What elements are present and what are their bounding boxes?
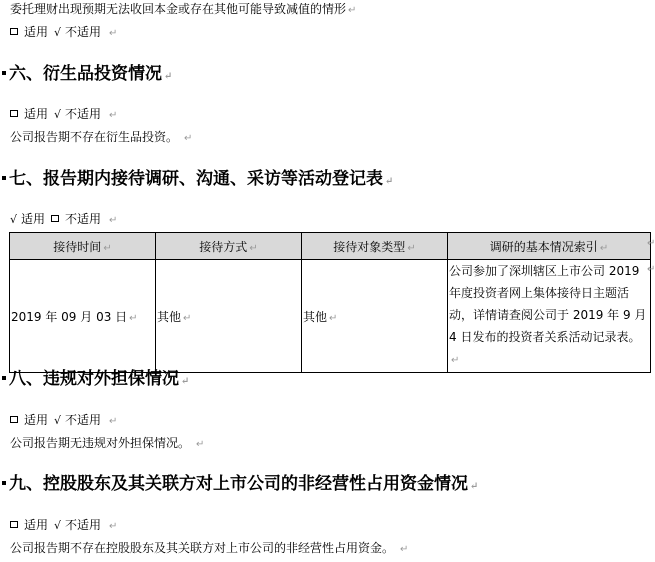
paragraph-mark-icon: ↵ [184,133,192,144]
bullet-icon [2,176,6,180]
unchecked-box-icon [10,521,18,528]
section-heading-derivatives: 六、衍生品投资情况↵ [2,63,172,88]
cell-method: 其他↵ [156,260,302,373]
paragraph-mark-icon: ↵ [348,5,356,16]
not-applicable-label: 不适用 [65,413,101,427]
bullet-icon [2,71,6,75]
paragraph-mark-icon: ↵ [400,544,408,555]
body-text: 公司报告期不存在控股股东及其关联方对上市公司的非经营性占用资金。 [10,541,394,555]
cell-time: 2019 年 09 月 03 日↵ [10,260,156,373]
applicable-label: 适用 [21,212,45,226]
section-title: 九、控股股东及其关联方对上市公司的非经营性占用资金情况 [9,474,468,494]
table-header-row: 接待时间↵ 接待方式↵ 接待对象类型↵ 调研的基本情况索引↵ [10,233,651,260]
table-row: 2019 年 09 月 03 日↵ 其他↵ 其他↵ 公司参加了深圳辖区上市公司 … [10,260,651,373]
applicability-status-derivatives: 适用√不适用↵ [10,106,117,124]
section-heading-guarantees: 八、违规对外担保情况↵ [2,368,189,393]
section-heading-investor-relations: 七、报告期内接待调研、沟通、采访等活动登记表↵ [2,168,393,193]
end-of-row-mark-icon: ↵ [647,264,655,275]
column-header-target-type: 接待对象类型↵ [302,233,448,260]
not-applicable-label: 不适用 [65,25,101,39]
section-body-guarantees: 公司报告期无违规对外担保情况。↵ [10,435,204,453]
not-applicable-label: 不适用 [65,518,101,532]
applicability-status-guarantees: 适用√不适用↵ [10,412,117,430]
investor-activity-table: 接待时间↵ 接待方式↵ 接待对象类型↵ 调研的基本情况索引↵ 2019 年 09… [9,232,651,373]
checkmark-icon: √ [54,413,61,429]
section-heading-fund-occupation: 九、控股股东及其关联方对上市公司的非经营性占用资金情况↵ [2,473,478,498]
paragraph-mark-icon: ↵ [196,439,204,450]
column-header-index: 调研的基本情况索引↵ [448,233,651,260]
applicability-status-investor-relations: √适用不适用↵ [10,211,117,229]
section-title: 六、衍生品投资情况 [9,64,162,84]
checkmark-icon: √ [54,518,61,534]
checkmark-icon: √ [54,25,61,41]
bullet-icon [2,376,6,380]
body-text: 公司报告期无违规对外担保情况。 [10,436,190,450]
paragraph-mark-icon: ↵ [470,481,478,492]
section-body-derivatives: 公司报告期不存在衍生品投资。↵ [10,129,192,147]
applicability-status-fund-occupation: 适用√不适用↵ [10,517,117,535]
unchecked-box-icon [51,215,59,222]
checkmark-icon: √ [10,212,17,228]
unchecked-box-icon [10,28,18,35]
applicable-label: 适用 [24,518,48,532]
not-applicable-label: 不适用 [65,212,101,226]
checkmark-icon: √ [54,107,61,123]
applicable-label: 适用 [24,413,48,427]
bullet-icon [2,481,6,485]
section-body-fund-occupation: 公司报告期不存在控股股东及其关联方对上市公司的非经营性占用资金。↵ [10,540,408,558]
paragraph-mark-icon: ↵ [109,416,117,427]
not-applicable-label: 不适用 [65,107,101,121]
applicability-status-intro: 适用√不适用↵ [10,24,117,42]
paragraph-mark-icon: ↵ [181,376,189,387]
intro-text-content: 委托理财出现预期无法收回本金或存在其他可能导致减值的情形 [10,2,346,16]
intro-text: 委托理财出现预期无法收回本金或存在其他可能导致减值的情形↵ [10,1,356,19]
unchecked-box-icon [10,110,18,117]
paragraph-mark-icon: ↵ [109,521,117,532]
cell-target-type: 其他↵ [302,260,448,373]
column-header-method: 接待方式↵ [156,233,302,260]
column-header-time: 接待时间↵ [10,233,156,260]
paragraph-mark-icon: ↵ [109,28,117,39]
body-text: 公司报告期不存在衍生品投资。 [10,130,178,144]
paragraph-mark-icon: ↵ [164,71,172,82]
section-title: 七、报告期内接待调研、沟通、采访等活动登记表 [9,169,383,189]
paragraph-mark-icon: ↵ [385,176,393,187]
applicable-label: 适用 [24,107,48,121]
applicable-label: 适用 [24,25,48,39]
cell-index: 公司参加了深圳辖区上市公司 2019 年度投资者网上集体接待日主题活动，详情请查… [448,260,651,373]
paragraph-mark-icon: ↵ [109,110,117,121]
end-of-row-mark-icon: ↵ [647,238,655,249]
paragraph-mark-icon: ↵ [109,215,117,226]
unchecked-box-icon [10,416,18,423]
section-title: 八、违规对外担保情况 [9,369,179,389]
